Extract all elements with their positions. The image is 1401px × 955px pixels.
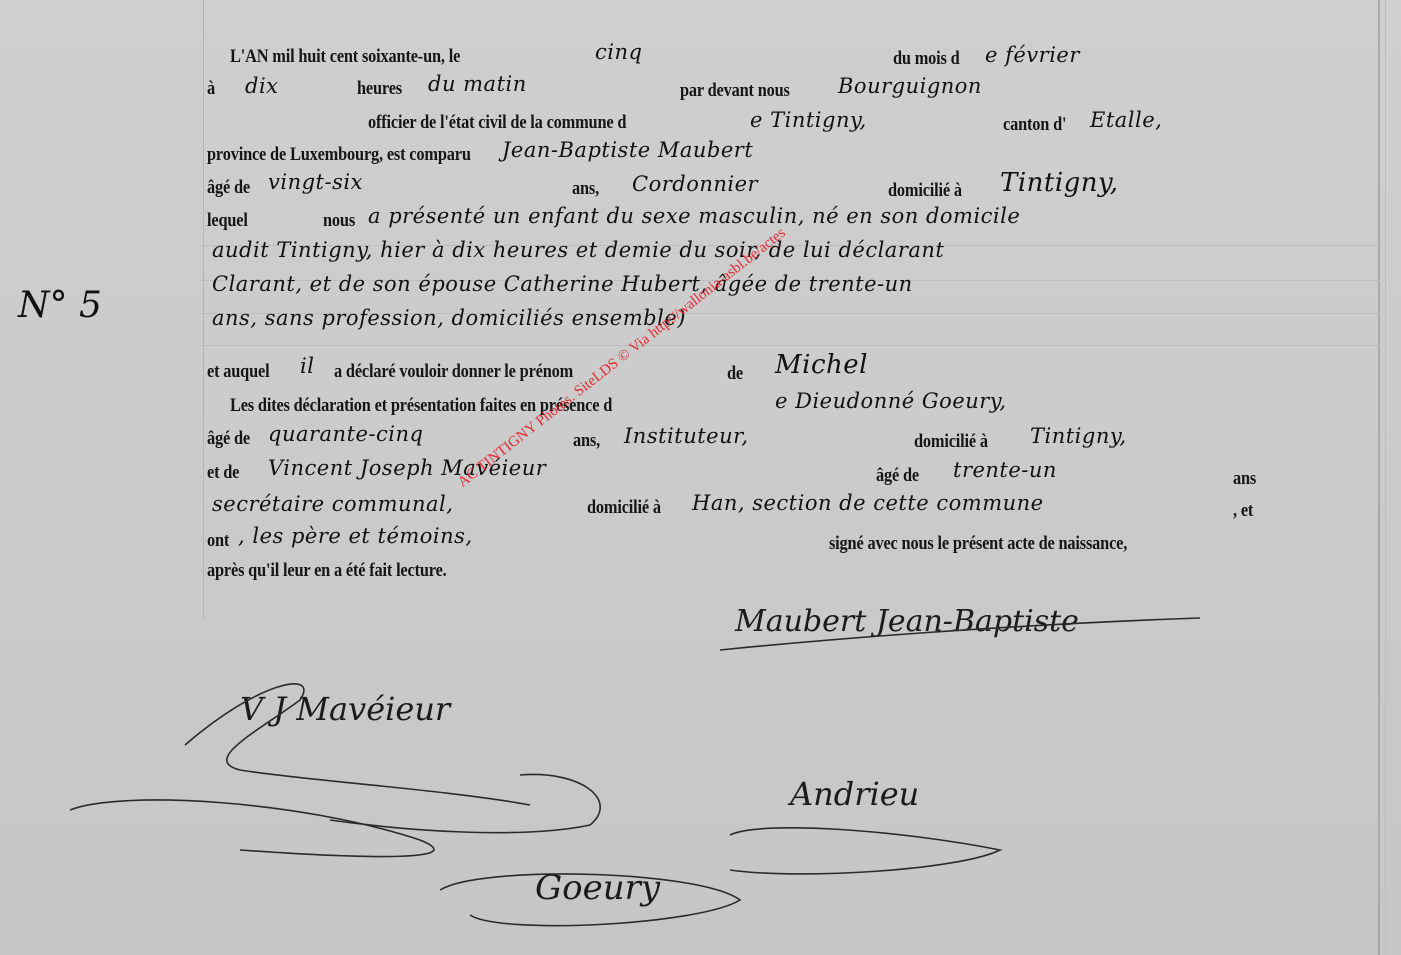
handwritten-body: ans, sans profession, domiciliés ensembl… [212,306,686,330]
handwritten-signers: , les père et témoins, [238,524,473,548]
handwritten-hour: dix [245,74,279,98]
printed-text: par devant nous [680,80,790,102]
printed-text: et auquel [207,361,269,383]
handwritten-time-of-day: du matin [428,72,527,96]
printed-text: domicilié à [587,497,661,519]
printed-text: après qu'il leur en a été fait lecture. [207,560,447,582]
handwritten-witness1-domicile: Tintigny, [1030,424,1127,448]
printed-text: âgé de [207,177,250,199]
printed-text: ont [207,530,229,552]
signature-witness1: Goeury [535,868,660,908]
page-edge-line-secondary [1385,0,1386,955]
signature-officer: Andrieu [790,775,919,813]
handwritten-body: audit Tintigny, hier à dix heures et dem… [212,238,944,262]
printed-text: L'AN mil huit cent soixante-un, le [230,46,460,68]
printed-text: à [207,78,215,100]
printed-text: heures [357,78,402,100]
handwritten-pronoun: il [300,354,314,378]
handwritten-canton: Etalle, [1090,108,1162,132]
printed-text: ans [1233,468,1256,490]
handwritten-witness1-occupation: Instituteur, [624,424,749,448]
handwritten-domicile: Tintigny, [1000,168,1119,198]
watermark-text: AC TINTIGNY Photos. SiteLDS © Via http:/… [455,225,789,491]
margin-line [203,0,204,620]
handwritten-witness2-domicile: Han, section de cette commune [692,491,1044,515]
handwritten-witness2-age: trente-un [953,458,1057,482]
handwritten-month: e février [985,43,1080,67]
civil-record-page: N° 5 L'AN mil huit cent soixante-un, le … [0,0,1401,955]
entry-number: N° 5 [18,285,102,326]
printed-text: âgé de [207,428,250,450]
printed-text: signé avec nous le présent acte de naiss… [829,533,1127,555]
printed-text: a déclaré vouloir donner le prénom [334,361,573,383]
handwritten-declarant-name: Jean-Baptiste Maubert [502,138,753,162]
signature-declarant: Maubert Jean-Baptiste [735,604,1079,639]
printed-text: de [727,363,743,385]
handwritten-witness1-name: e Dieudonné Goeury, [775,389,1007,413]
handwritten-child-name: Michel [775,350,868,380]
handwritten-occupation: Cordonnier [632,172,758,196]
printed-text: domicilié à [914,431,988,453]
handwritten-body: Clarant, et de son épouse Catherine Hube… [212,272,913,296]
printed-text: officier de l'état civil de la commune d [368,112,626,134]
handwritten-commune: e Tintigny, [750,108,867,132]
printed-text: , et [1233,500,1253,522]
printed-text: ans, [572,178,599,200]
printed-text: ans, [573,430,600,452]
printed-text: âgé de [876,465,919,487]
signature-witness2: V J Mavéieur [240,690,450,728]
handwritten-declarant-age: vingt-six [268,170,363,194]
printed-text: lequel [207,210,248,232]
printed-text: et de [207,462,239,484]
printed-text: canton d' [1003,114,1066,136]
printed-text: du mois d [893,48,960,70]
handwritten-day: cinq [595,40,642,64]
printed-text: domicilié à [888,180,962,202]
handwritten-officer-name: Bourguignon [838,74,982,98]
handwritten-witness2-occupation: secrétaire communal, [212,492,453,516]
handwritten-witness1-age: quarante-cinq [268,422,423,446]
page-edge-line [1378,0,1380,955]
printed-text: province de Luxembourg, est comparu [207,144,471,166]
ruled-line [200,345,1380,346]
printed-text: nous [323,210,355,232]
handwritten-body: a présenté un enfant du sexe masculin, n… [368,204,1020,228]
